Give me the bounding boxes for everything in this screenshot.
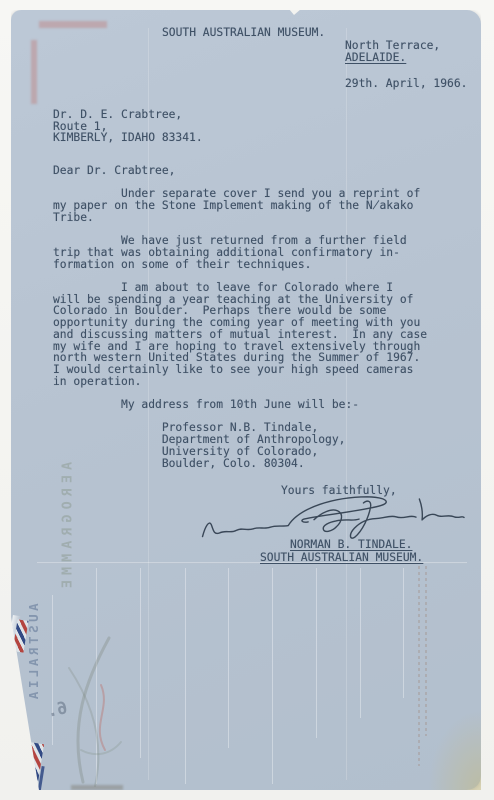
paragraph-3: I am about to leave for Colorado where I… bbox=[53, 282, 458, 387]
letter-body: Dear Dr. Crabtree, Under separate cover … bbox=[53, 165, 458, 481]
showthrough-ruled-line bbox=[316, 568, 317, 738]
stamp-art-showthrough bbox=[51, 630, 136, 795]
showthrough-ruled-line bbox=[360, 568, 361, 718]
sender-address-line2: ADELAIDE. bbox=[345, 52, 406, 64]
letter-date: 29th. April, 1966. bbox=[345, 78, 467, 90]
red-showthrough-horizontal bbox=[39, 21, 107, 28]
showthrough-ruled-line bbox=[272, 568, 273, 784]
aerogramme-letter-page: AUSTRALIA AEROGRAMME 6. SOUTH AUSTRALIAN… bbox=[11, 10, 481, 790]
forwarding-address: Professor N.B. Tindale, Department of An… bbox=[53, 422, 458, 469]
corner-stain bbox=[421, 700, 481, 790]
salutation: Dear Dr. Crabtree, bbox=[53, 165, 458, 177]
showthrough-ruled-line bbox=[140, 568, 141, 758]
red-showthrough-vertical bbox=[31, 40, 37, 104]
showthrough-ruled-line bbox=[185, 568, 186, 784]
typed-signature-organisation: SOUTH AUSTRALIAN MUSEUM. bbox=[260, 552, 423, 564]
top-edge-notch bbox=[289, 9, 301, 15]
mirrored-country-text: AUSTRALIA bbox=[27, 583, 41, 723]
address-intro-line: My address from 10th June will be:- bbox=[53, 399, 458, 411]
showthrough-text-column bbox=[418, 566, 420, 766]
showthrough-ruled-line bbox=[228, 568, 229, 748]
sender-address-line1: North Terrace, bbox=[345, 40, 440, 52]
letterhead-title: SOUTH AUSTRALIAN MUSEUM. bbox=[162, 27, 325, 39]
recipient-address: Dr. D. E. Crabtree, Route 1, KIMBERLY, I… bbox=[53, 109, 203, 144]
typed-signature-name: NORMAN B. TINDALE. bbox=[290, 539, 412, 551]
showthrough-ruled-line bbox=[403, 568, 404, 698]
paragraph-2: We have just returned from a further fie… bbox=[53, 235, 458, 270]
paragraph-1: Under separate cover I send you a reprin… bbox=[53, 188, 458, 223]
scanner-background: AUSTRALIA AEROGRAMME 6. SOUTH AUSTRALIAN… bbox=[0, 0, 494, 800]
